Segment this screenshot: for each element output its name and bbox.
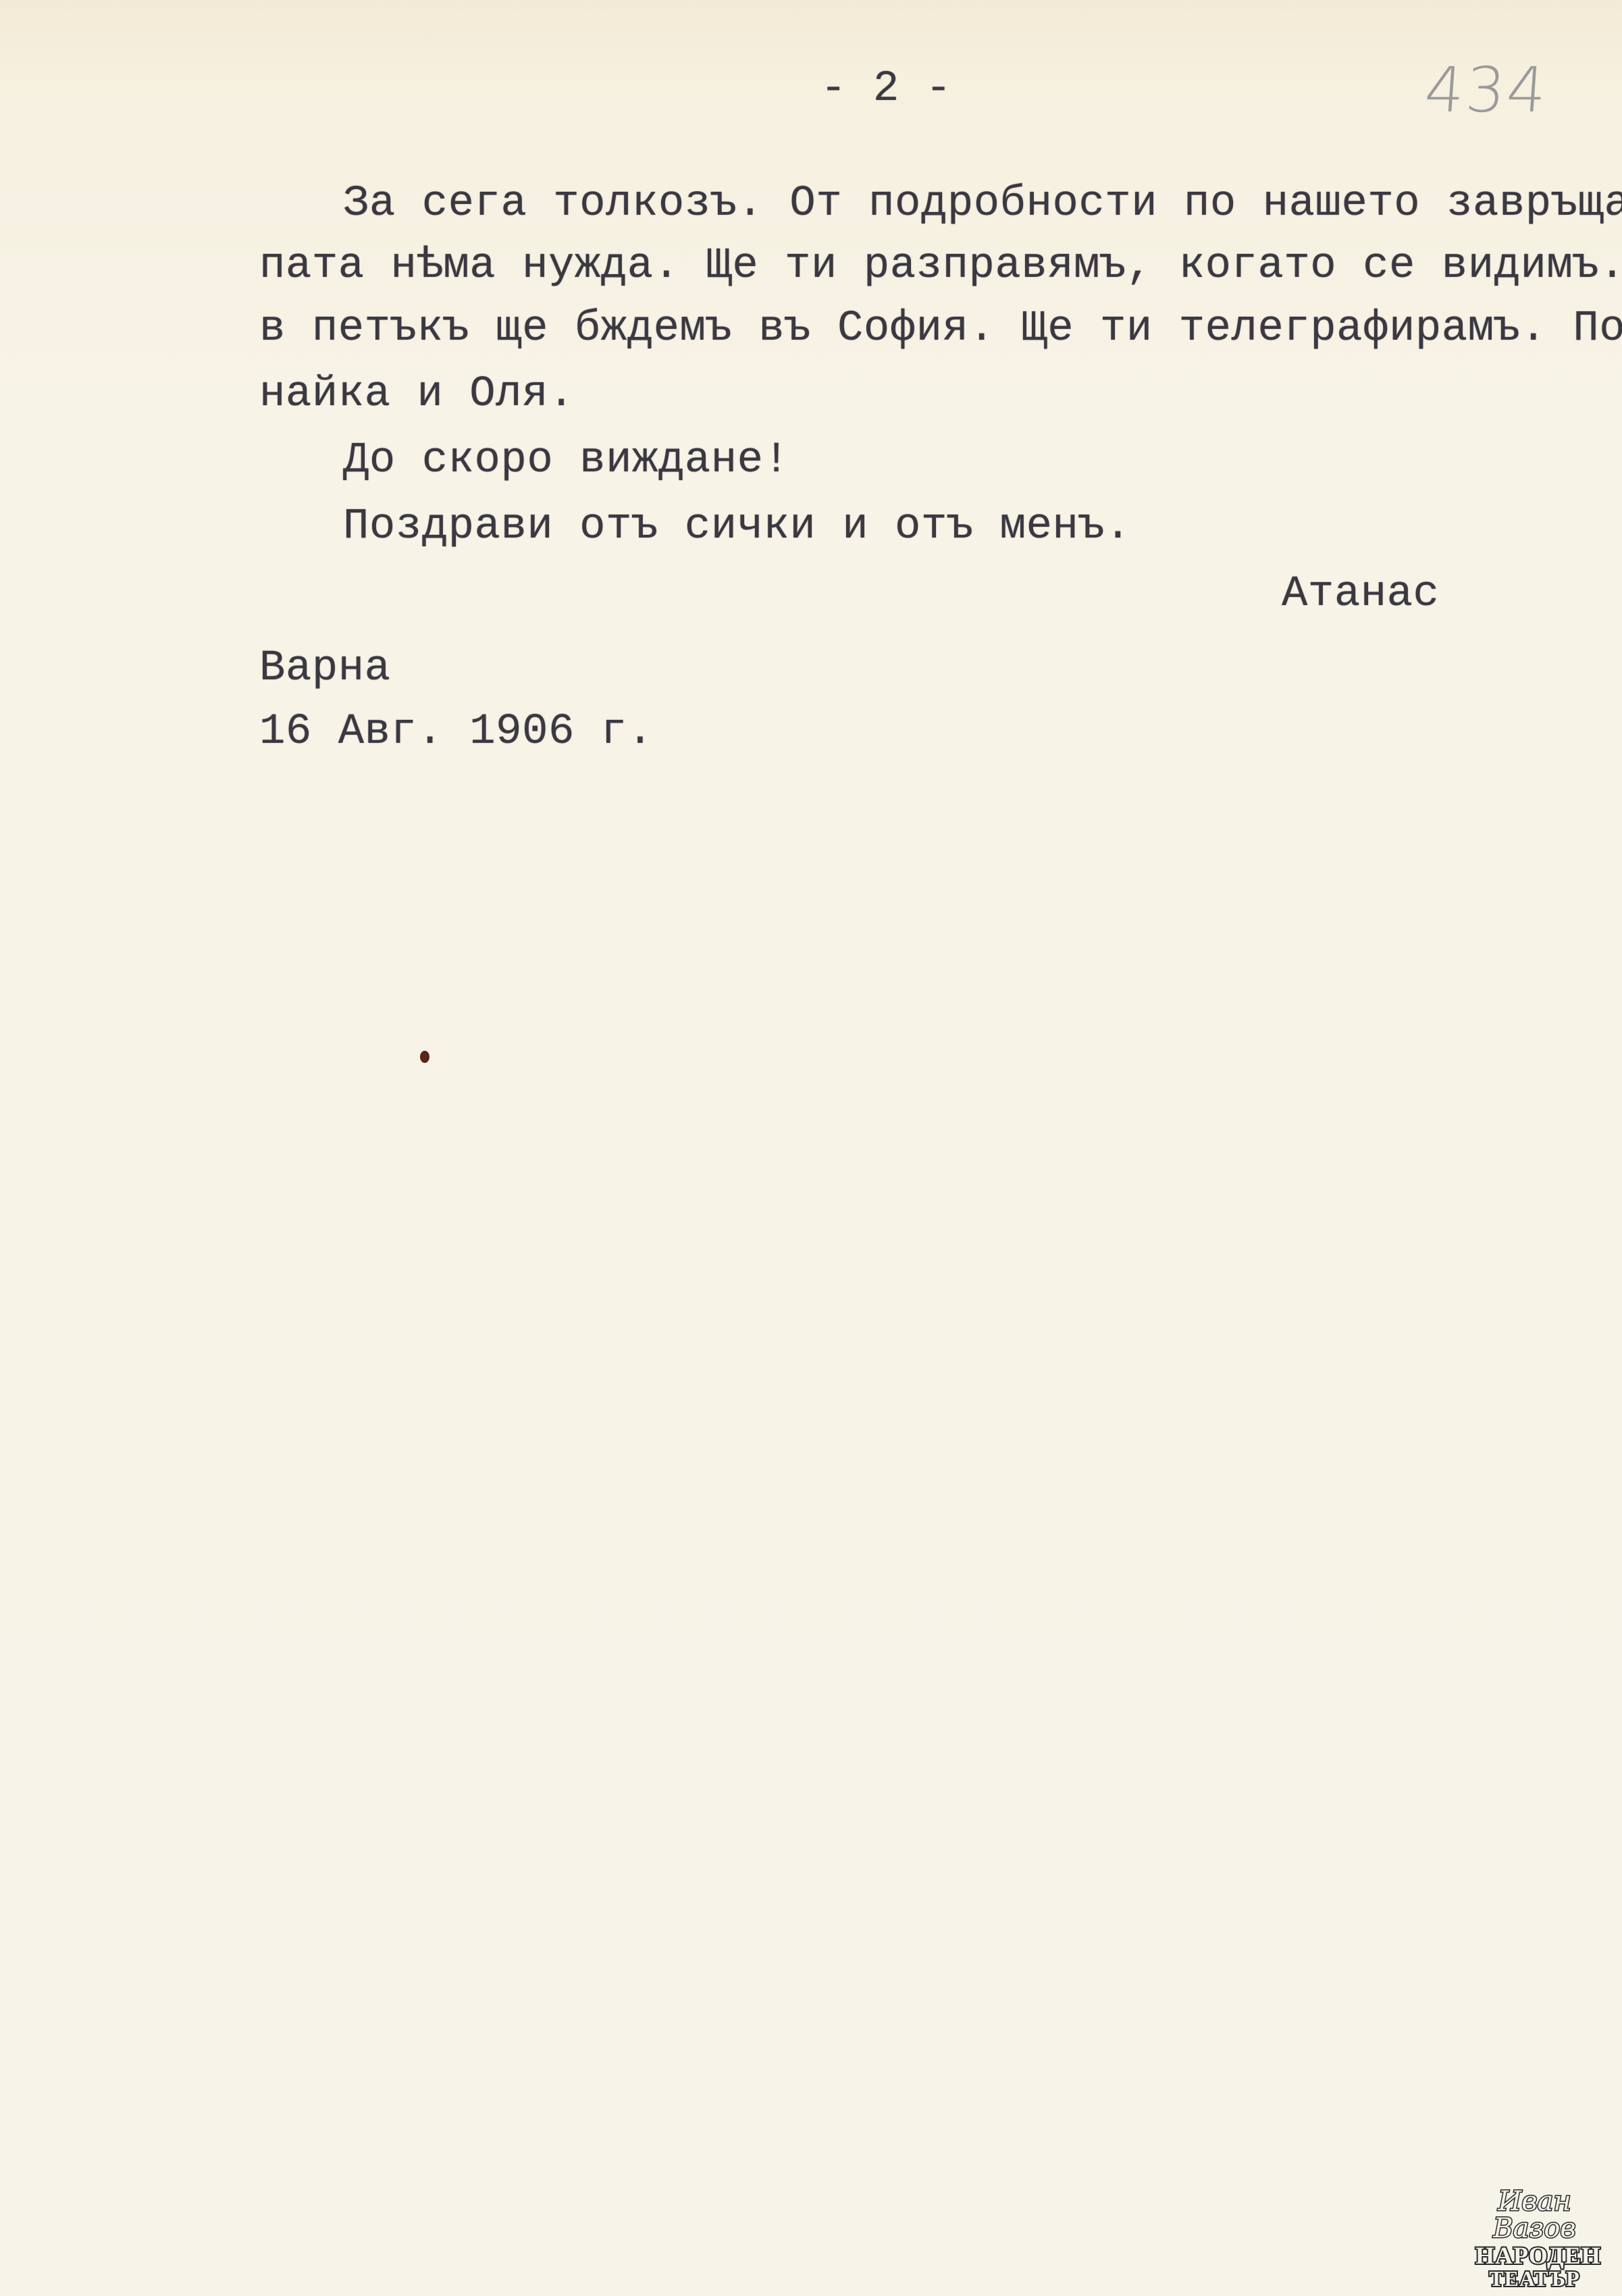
- letter-line: в петъкъ ще бждемъ въ София. Ще ти телег…: [259, 307, 1622, 350]
- page-number: - 2 -: [820, 68, 952, 111]
- letter-line: За сега толкозъ. От подробности по нашет…: [343, 182, 1622, 226]
- logo-line-1: НАРОДЕН: [1475, 2243, 1594, 2268]
- letter-line: До скоро виждане!: [343, 439, 789, 482]
- place: Варна: [259, 647, 391, 690]
- letter-line: Поздрави отъ сички и отъ менъ.: [343, 505, 1131, 548]
- logo-script: Иван Вазов: [1475, 2188, 1594, 2242]
- letter-page: - 2 - 434 За сега толкозъ. От подробност…: [0, 0, 1622, 2296]
- letter-line: найка и Оля.: [259, 373, 575, 416]
- signature: Атанас: [1282, 573, 1439, 616]
- ink-speck: [420, 1051, 429, 1063]
- national-theatre-logo: Иван Вазов НАРОДЕН ТЕАТЪР: [1475, 2188, 1594, 2289]
- logo-line-2: ТЕАТЪР: [1475, 2268, 1594, 2289]
- date: 16 Авг. 1906 г.: [259, 710, 654, 754]
- letter-line: пата нѣма нужда. Ще ти разправямъ, когат…: [259, 244, 1622, 288]
- archive-number-handwritten: 434: [1422, 54, 1550, 126]
